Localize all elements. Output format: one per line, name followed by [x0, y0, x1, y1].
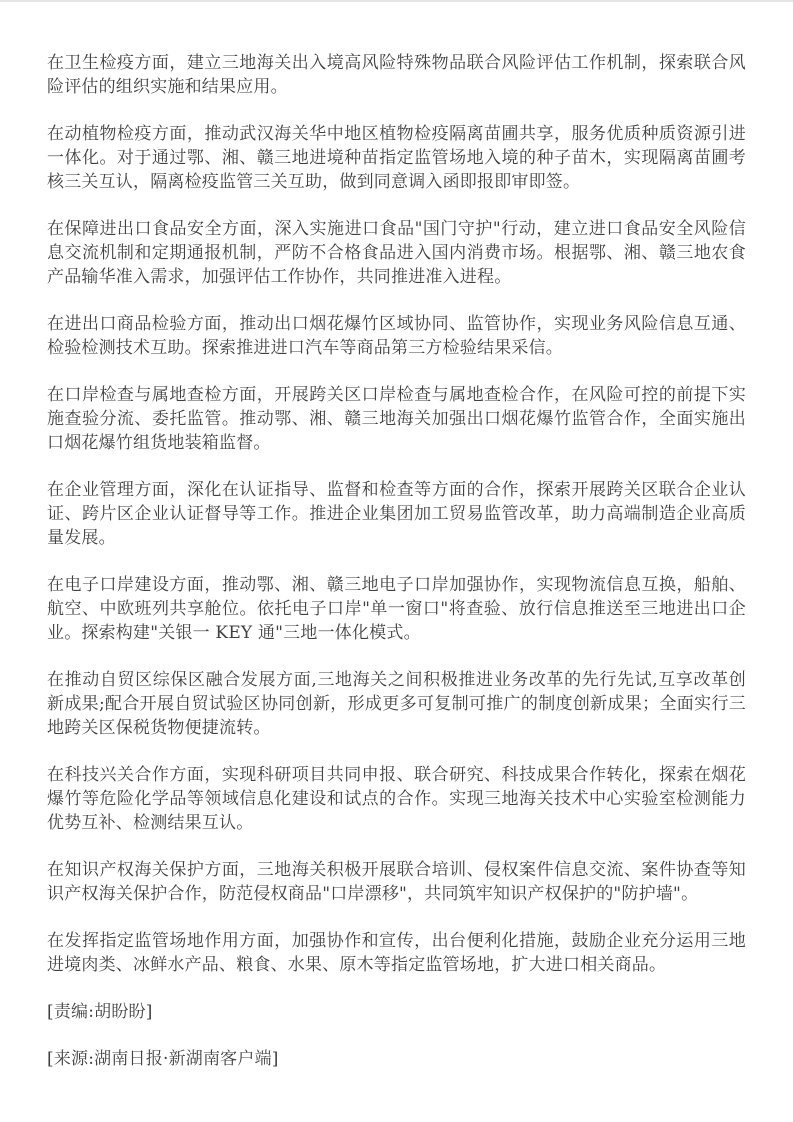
- article-paragraph: 在知识产权海关保护方面，三地海关积极开展联合培训、侵权案件信息交流、案件协查等知…: [47, 858, 746, 906]
- article-paragraph: 在保障进出口食品安全方面，深入实施进口食品"国门守护"行动，建立进口食品安全风险…: [47, 217, 746, 289]
- source-credit: [来源:湖南日报·新湖南客户端]: [47, 1047, 746, 1071]
- article-paragraph: 在企业管理方面，深化在认证指导、监督和检查等方面的合作，探索开展跨关区联合企业认…: [47, 478, 746, 550]
- article-paragraph: 在动植物检疫方面，推动武汉海关华中地区植物检疫隔离苗圃共享，服务优质种质资源引进…: [47, 122, 746, 194]
- article-paragraph: 在口岸检查与属地查检方面，开展跨关区口岸检查与属地查检合作，在风险可控的前提下实…: [47, 383, 746, 455]
- editor-credit: [责编:胡盼盼]: [47, 1000, 746, 1024]
- article-paragraph: 在推动自贸区综保区融合发展方面,三地海关之间积极推进业务改革的先行先试,互享改革…: [47, 668, 746, 740]
- article-body: 在卫生检疫方面，建立三地海关出入境高风险特殊物品联合风险评估工作机制，探索联合风…: [0, 2, 793, 1071]
- article-paragraph: 在电子口岸建设方面，推动鄂、湘、赣三地电子口岸加强协作，实现物流信息互换，船舶、…: [47, 573, 746, 645]
- article-paragraph: 在发挥指定监管场地作用方面，加强协作和宣传，出台便利化措施，鼓励企业充分运用三地…: [47, 929, 746, 977]
- article-paragraph: 在进出口商品检验方面，推动出口烟花爆竹区域协同、监管协作，实现业务风险信息互通、…: [47, 312, 746, 360]
- article-page: 在卫生检疫方面，建立三地海关出入境高风险特殊物品联合风险评估工作机制，探索联合风…: [0, 0, 793, 1122]
- article-paragraph: 在科技兴关合作方面，实现科研项目共同申报、联合研究、科技成果合作转化，探索在烟花…: [47, 763, 746, 835]
- article-paragraph: 在卫生检疫方面，建立三地海关出入境高风险特殊物品联合风险评估工作机制，探索联合风…: [47, 51, 746, 99]
